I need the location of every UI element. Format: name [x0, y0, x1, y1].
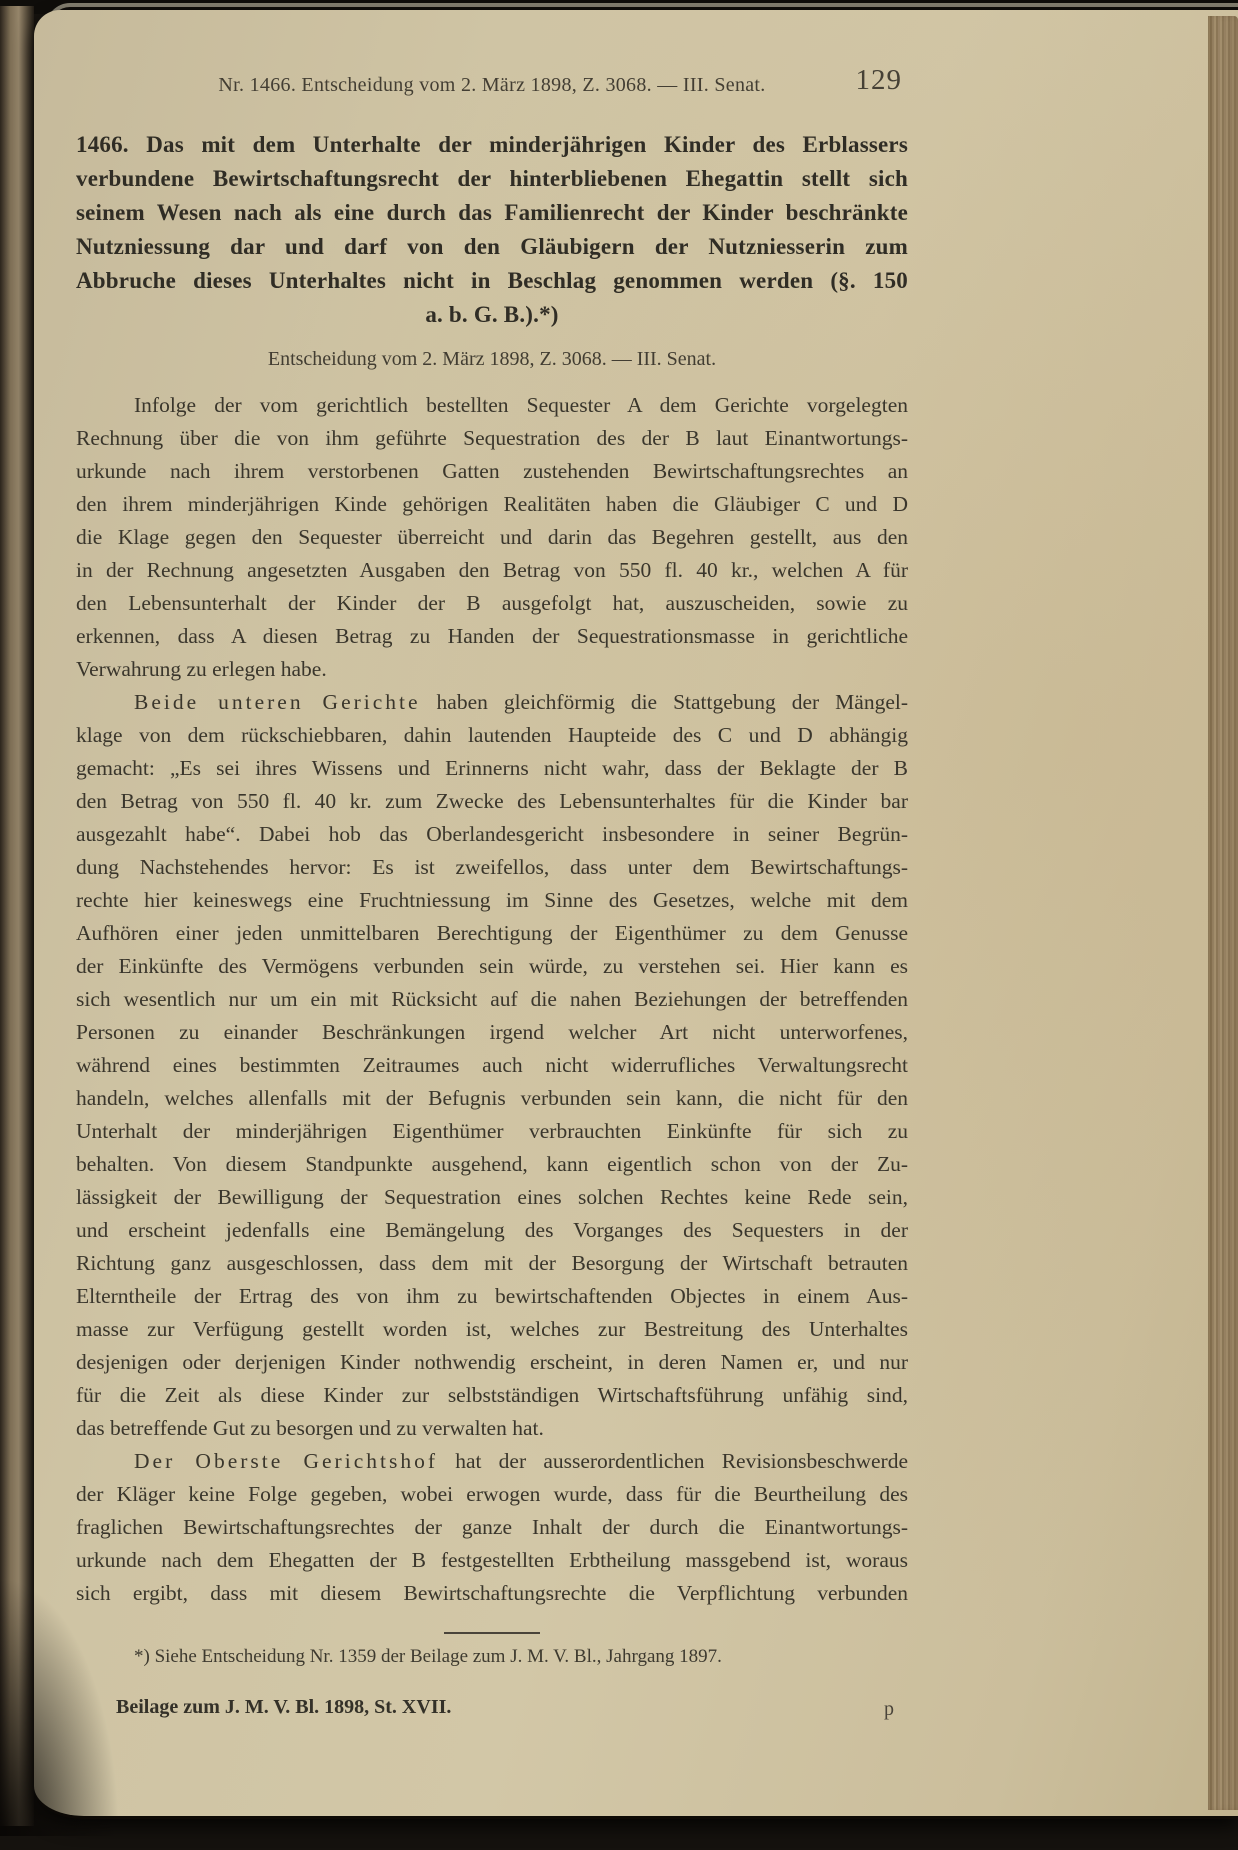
- text-line: klage von dem rückschiebbaren, dahin lau…: [76, 719, 908, 752]
- text-line: den Betrag von 550 fl. 40 kr. zum Zwecke…: [76, 785, 908, 818]
- text-line: das betreffende Gut zu besorgen und zu v…: [76, 1412, 908, 1445]
- page-number: 129: [856, 64, 903, 97]
- text-line: lässigkeit der Bewilligung der Sequestra…: [76, 1181, 908, 1214]
- text-line: sich ergibt, dass mit diesem Bewirtschaf…: [76, 1577, 908, 1610]
- text-line: der Kläger keine Folge gegeben, wobei er…: [76, 1478, 908, 1511]
- footnote: *) Siehe Entscheidung Nr. 1359 der Beila…: [76, 1646, 908, 1668]
- text-line: erkennen, dass A diesen Betrag zu Handen…: [76, 620, 908, 653]
- text-line: in der Rechnung angesetzten Ausgaben den…: [76, 554, 908, 587]
- decision-reference-line: Entscheidung vom 2. März 1898, Z. 3068. …: [76, 348, 908, 371]
- running-header: Nr. 1466. Entscheidung vom 2. März 1898,…: [76, 68, 908, 102]
- text-line: dung Nachstehendes hervor: Es ist zweife…: [76, 851, 908, 884]
- emphasized-text: Der Oberste Gerichtshof: [134, 1449, 438, 1473]
- headnote: 1466. Das mit dem Unterhalte der minderj…: [76, 128, 908, 332]
- text-line: handeln, welches allenfalls mit der Befu…: [76, 1082, 908, 1115]
- scan-background: Nr. 1466. Entscheidung vom 2. März 1898,…: [0, 0, 1238, 1850]
- text-line: Beide unteren Gerichte haben gleichförmi…: [76, 686, 908, 719]
- text-line: behalten. Von diesem Standpunkte ausgehe…: [76, 1148, 908, 1181]
- footnote-rule: [444, 1632, 540, 1634]
- text-line: den ihrem minderjährigen Kinde gehörigen…: [76, 488, 908, 521]
- paragraph: Infolge der vom gerichtlich bestellten S…: [76, 389, 908, 686]
- text-line: Infolge der vom gerichtlich bestellten S…: [76, 389, 908, 422]
- paragraph: Der Oberste Gerichtshof hat der ausseror…: [76, 1445, 908, 1610]
- text-line: sich wesentlich nur um ein mit Rücksicht…: [76, 983, 908, 1016]
- body-paragraphs: Infolge der vom gerichtlich bestellten S…: [76, 389, 908, 1610]
- document-page: Nr. 1466. Entscheidung vom 2. März 1898,…: [34, 10, 1238, 1816]
- text-line: während eines bestimmten Zeitraumes auch…: [76, 1049, 908, 1082]
- text-line: Der Oberste Gerichtshof hat der ausseror…: [76, 1445, 908, 1478]
- text-line: seinem Wesen nach als eine durch das Fam…: [76, 196, 908, 230]
- text-line: Abbruche dieses Unterhaltes nicht in Bes…: [76, 264, 908, 298]
- text-line: 1466. Das mit dem Unterhalte der minderj…: [76, 128, 908, 162]
- text-line: a. b. G. B.).*): [76, 298, 908, 332]
- text-line: ausgezahlt habe“. Dabei hob das Oberland…: [76, 818, 908, 851]
- text-line: fraglichen Bewirtschaftungsrechtes der g…: [76, 1511, 908, 1544]
- paragraph: Beide unteren Gerichte haben gleichförmi…: [76, 686, 908, 1445]
- text-line: Richtung ganz ausgeschlossen, dass dem m…: [76, 1247, 908, 1280]
- previous-page-edge: [0, 6, 34, 1826]
- page-content: Nr. 1466. Entscheidung vom 2. März 1898,…: [76, 10, 908, 1726]
- text-line: Nutzniessung dar und darf von den Gläubi…: [76, 230, 908, 264]
- corner-shadow: [0, 1576, 120, 1836]
- text-line: desjenigen oder derjenigen Kinder nothwe…: [76, 1346, 908, 1379]
- signature-mark: p: [884, 1698, 894, 1721]
- text-line: der Einkünfte des Vermögens verbunden se…: [76, 950, 908, 983]
- running-header-title: Nr. 1466. Entscheidung vom 2. März 1898,…: [76, 68, 908, 97]
- text-line: urkunde nach dem Ehegatten der B festges…: [76, 1544, 908, 1577]
- text-line: verbundene Bewirtschaftungsrecht der hin…: [76, 162, 908, 196]
- text-line: Aufhören einer jeden unmittelbaren Berec…: [76, 917, 908, 950]
- emphasized-text: Beide unteren Gerichte: [134, 690, 421, 714]
- text-line: masse zur Verfügung gestellt worden ist,…: [76, 1313, 908, 1346]
- text-line: für die Zeit als diese Kinder zur selbst…: [76, 1379, 908, 1412]
- text-line: den Lebensunterhalt der Kinder der B aus…: [76, 587, 908, 620]
- footer-imprint: Beilage zum J. M. V. Bl. 1898, St. XVII.: [116, 1696, 451, 1719]
- text-line: Verwahrung zu erlegen habe.: [76, 653, 908, 686]
- text-line: die Klage gegen den Sequester überreicht…: [76, 521, 908, 554]
- page-fore-edge: [1208, 16, 1238, 1810]
- text-line: rechte hier keineswegs eine Fruchtniessu…: [76, 884, 908, 917]
- text-line: Unterhalt der minderjährigen Eigenthümer…: [76, 1115, 908, 1148]
- text-line: Personen zu einander Beschränkungen irge…: [76, 1016, 908, 1049]
- text-line: urkunde nach ihrem verstorbenen Gatten z…: [76, 455, 908, 488]
- text-line: Rechnung über die von ihm geführte Seque…: [76, 422, 908, 455]
- text-line: und erscheint jedenfalls eine Bemängelun…: [76, 1214, 908, 1247]
- page-footer: Beilage zum J. M. V. Bl. 1898, St. XVII.…: [76, 1696, 908, 1726]
- text-line: Elterntheile der Ertrag des von ihm zu b…: [76, 1280, 908, 1313]
- text-line: gemacht: „Es sei ihres Wissens und Erinn…: [76, 752, 908, 785]
